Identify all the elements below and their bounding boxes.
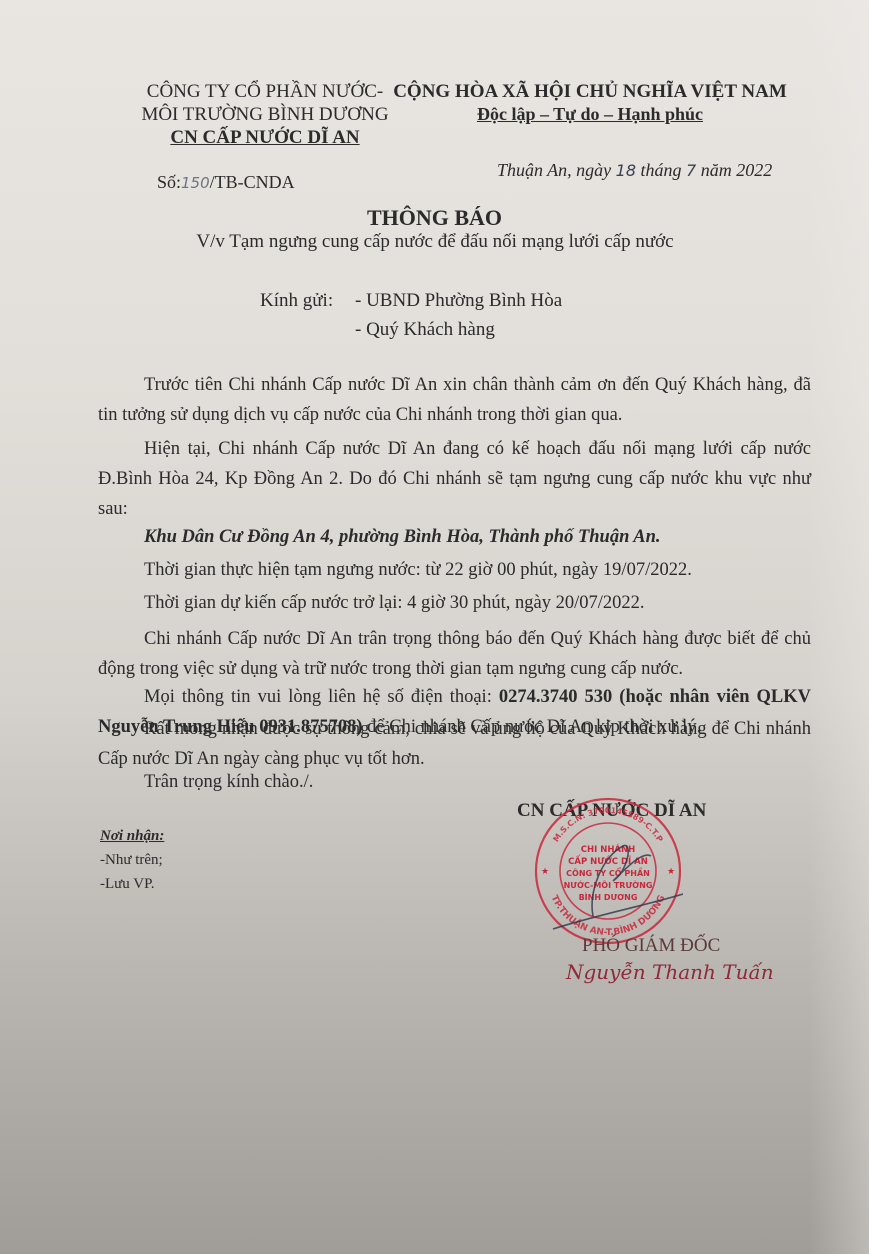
recipients-label: Kính gửi: — [260, 290, 333, 312]
svg-text:CÔNG TY CỔ PHẦN: CÔNG TY CỔ PHẦN — [566, 866, 650, 878]
handwritten-number: 150 — [181, 174, 210, 192]
document-title: THÔNG BÁO — [0, 205, 869, 231]
branch-name: CN CẤP NƯỚC DĨ AN — [100, 126, 430, 149]
paper-edge-highlight — [809, 0, 869, 1254]
signer-name: Nguyễn Thanh Tuấn — [566, 960, 774, 984]
svg-text:BÌNH DƯƠNG: BÌNH DƯƠNG — [579, 891, 638, 902]
affected-area: Khu Dân Cư Đồng An 4, phường Bình Hòa, T… — [144, 527, 661, 548]
receivers-title: Nơi nhận: — [100, 828, 164, 845]
document-number: Số:150/TB-CNDA — [157, 172, 295, 193]
closing-line: Trân trọng kính chào./. — [144, 772, 313, 793]
handwritten-month: 7 — [686, 161, 696, 180]
paragraph-appreciation: Rất mong nhận được sự thông cảm, chia sẽ… — [98, 714, 811, 774]
national-heading: CỘNG HÒA XÃ HỘI CHỦ NGHĨA VIỆT NAM Độc l… — [360, 80, 820, 126]
svg-text:NƯỚC-MÔI TRƯỜNG: NƯỚC-MÔI TRƯỜNG — [564, 879, 653, 890]
national-motto: Độc lập – Tự do – Hạnh phúc — [360, 103, 820, 126]
svg-text:★: ★ — [541, 867, 549, 877]
recipient-item: - Quý Khách hàng — [355, 319, 495, 341]
paragraph-thanks: Trước tiên Chi nhánh Cấp nước Dĩ An xin … — [98, 370, 811, 430]
paragraph-notice: Chi nhánh Cấp nước Dĩ An trân trọng thôn… — [98, 624, 811, 684]
svg-text:★: ★ — [667, 867, 675, 877]
resume-time: Thời gian dự kiến cấp nước trở lại: 4 gi… — [144, 593, 645, 614]
official-stamp-icon: M.S.C.N: 3700145589-C.T.P TP.THUẬN AN-T.… — [533, 796, 683, 946]
paragraph-plan: Hiện tại, Chi nhánh Cấp nước Dĩ An đang … — [98, 434, 811, 524]
svg-text:CHI NHÁNH: CHI NHÁNH — [581, 843, 636, 855]
nation-name: CỘNG HÒA XÃ HỘI CHỦ NGHĨA VIỆT NAM — [360, 80, 820, 103]
signer-role: PHÓ GIÁM ĐỐC — [582, 935, 720, 957]
document-page: CÔNG TY CỔ PHẦN NƯỚC- MÔI TRƯỜNG BÌNH DƯ… — [0, 0, 869, 1254]
receiver-item: -Như trên; — [100, 852, 163, 869]
stop-time: Thời gian thực hiện tạm ngưng nước: từ 2… — [144, 560, 692, 581]
handwritten-day: 18 — [616, 161, 636, 180]
receiver-item: -Lưu VP. — [100, 876, 155, 893]
document-subject: V/v Tạm ngưng cung cấp nước để đấu nối m… — [0, 231, 869, 253]
recipient-item: - UBND Phường Bình Hòa — [355, 290, 562, 312]
date-line: Thuận An, ngày 18 tháng 7 năm 2022 — [497, 160, 772, 181]
